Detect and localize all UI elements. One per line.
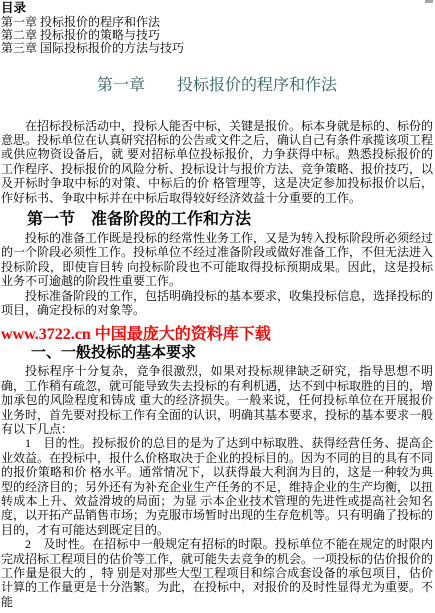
subsection-1-heading: 一、一般投标的基本要求 <box>1 345 433 362</box>
intro-paragraph: 在招标投标活动中，投标人能否中标，关键是报价。标本身就是标的、标份的意思。投标单… <box>1 119 433 205</box>
subsection-1-item-2: 2 及时性。在招标中一般规定有招标的时限。投标单位不能在规定的时限内完成招标工程… <box>1 537 433 609</box>
section-1-heading: 第一节 准备阶段的工作和方法 <box>1 210 433 229</box>
subsection-1-item-1: 1 目的性。投标报价的总目的是为了达到中标取胜、获得经营任务、提高企业效益。在投… <box>1 436 433 537</box>
scrollbar-thumb-fragment[interactable] <box>425 0 433 3</box>
toc-item-chapter-2: 第二章 投标报价的策略与技巧 <box>1 29 433 42</box>
section-1-paragraph-2: 投标准备阶段的工作，包括明确投标的基本要求，收集投标信息，选择投标的项目，确定投… <box>1 289 433 318</box>
toc-item-chapter-3: 第三章 国际投标报价的方法与技巧 <box>1 42 433 55</box>
subsection-1-intro-paragraph: 投标程序十分复杂，竞争很激烈，如果对投标规律缺乏研究，指导思想不明确，工作稍有疏… <box>1 364 433 436</box>
watermark-link[interactable]: www.3722.cn 中国最庞大的资料库下载 <box>1 325 433 344</box>
toc-title: 目录 <box>1 2 433 16</box>
toc-item-chapter-1: 第一章 投标报价的程序和作法 <box>1 16 433 29</box>
chapter-heading: 第一章 投标报价的程序和作法 <box>1 76 433 96</box>
document-content: 目录 第一章 投标报价的程序和作法 第二章 投标报价的策略与技巧 第三章 国际投… <box>0 0 435 609</box>
section-1-paragraph-1: 投标的准备工作既是投标的经常性业务工作，又是为转入投标阶段所必须经过的一个阶段必… <box>1 231 433 289</box>
document-page: 目录 第一章 投标报价的程序和作法 第二章 投标报价的策略与技巧 第三章 国际投… <box>0 0 435 613</box>
table-of-contents: 目录 第一章 投标报价的程序和作法 第二章 投标报价的策略与技巧 第三章 国际投… <box>1 2 433 55</box>
